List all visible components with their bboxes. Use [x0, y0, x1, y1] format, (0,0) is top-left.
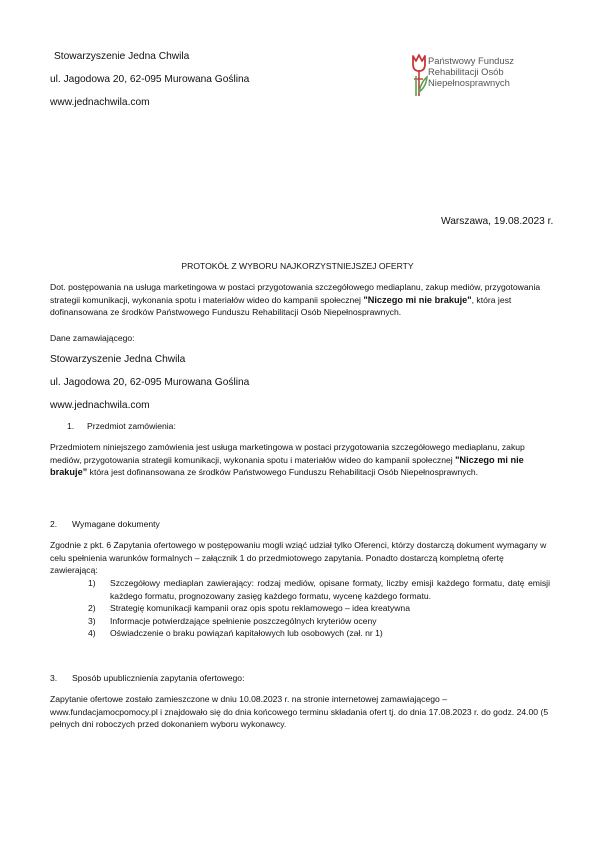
- header-org-address: ul. Jagodowa 20, 62-095 Murowana Goślina: [50, 74, 249, 85]
- required-documents-list: 1) Szczegółowy mediaplan zawierający: ro…: [50, 577, 550, 640]
- pfron-logo: Państwowy Fundusz Rehabilitacji Osób Nie…: [410, 52, 580, 102]
- section3-heading: Sposób upublicznienia zapytania ofertowe…: [72, 672, 244, 685]
- place-date: Warszawa, 19.08.2023 r.: [441, 216, 553, 227]
- section3-number: 3.: [50, 672, 57, 685]
- section3-paragraph: Zapytanie ofertowe zostało zamieszczone …: [50, 693, 550, 731]
- logo-text: Państwowy Fundusz Rehabilitacji Osób Nie…: [428, 55, 514, 89]
- intro-paragraph: Dot. postępowania na usługa marketingowa…: [50, 281, 550, 319]
- client-name: Stowarzyszenie Jedna Chwila: [50, 354, 185, 365]
- client-address: ul. Jagodowa 20, 62-095 Murowana Goślina: [50, 377, 249, 388]
- section1-number: 1.: [67, 420, 74, 433]
- tulip-logo-icon: [410, 52, 428, 98]
- section2-paragraph: Zgodnie z pkt. 6 Zapytania ofertowego w …: [50, 539, 550, 577]
- section1-heading: Przedmiot zamówienia:: [87, 420, 176, 433]
- section2-number: 2.: [50, 518, 57, 531]
- section2-heading: Wymagane dokumenty: [72, 518, 160, 531]
- list-item: 2) Strategię komunikacji kampanii oraz o…: [50, 602, 550, 615]
- campaign-name: "Niczego mi nie brakuje": [363, 295, 471, 305]
- list-item: 3) Informacje potwierdzające spełnienie …: [50, 615, 550, 628]
- document-title: PROTOKÓŁ Z WYBORU NAJKORZYSTNIEJSZEJ OFE…: [0, 260, 595, 273]
- section1-paragraph: Przedmiotem niniejszego zamówienia jest …: [50, 441, 550, 479]
- list-item: 1) Szczegółowy mediaplan zawierający: ro…: [50, 577, 550, 602]
- client-website[interactable]: www.jednachwila.com: [50, 400, 150, 411]
- header-org-name: Stowarzyszenie Jedna Chwila: [54, 51, 189, 62]
- client-label: Dane zamawiającego:: [50, 332, 135, 345]
- list-item: 4) Oświadczenie o braku powiązań kapitał…: [50, 627, 550, 640]
- header-org-website[interactable]: www.jednachwila.com: [50, 97, 150, 108]
